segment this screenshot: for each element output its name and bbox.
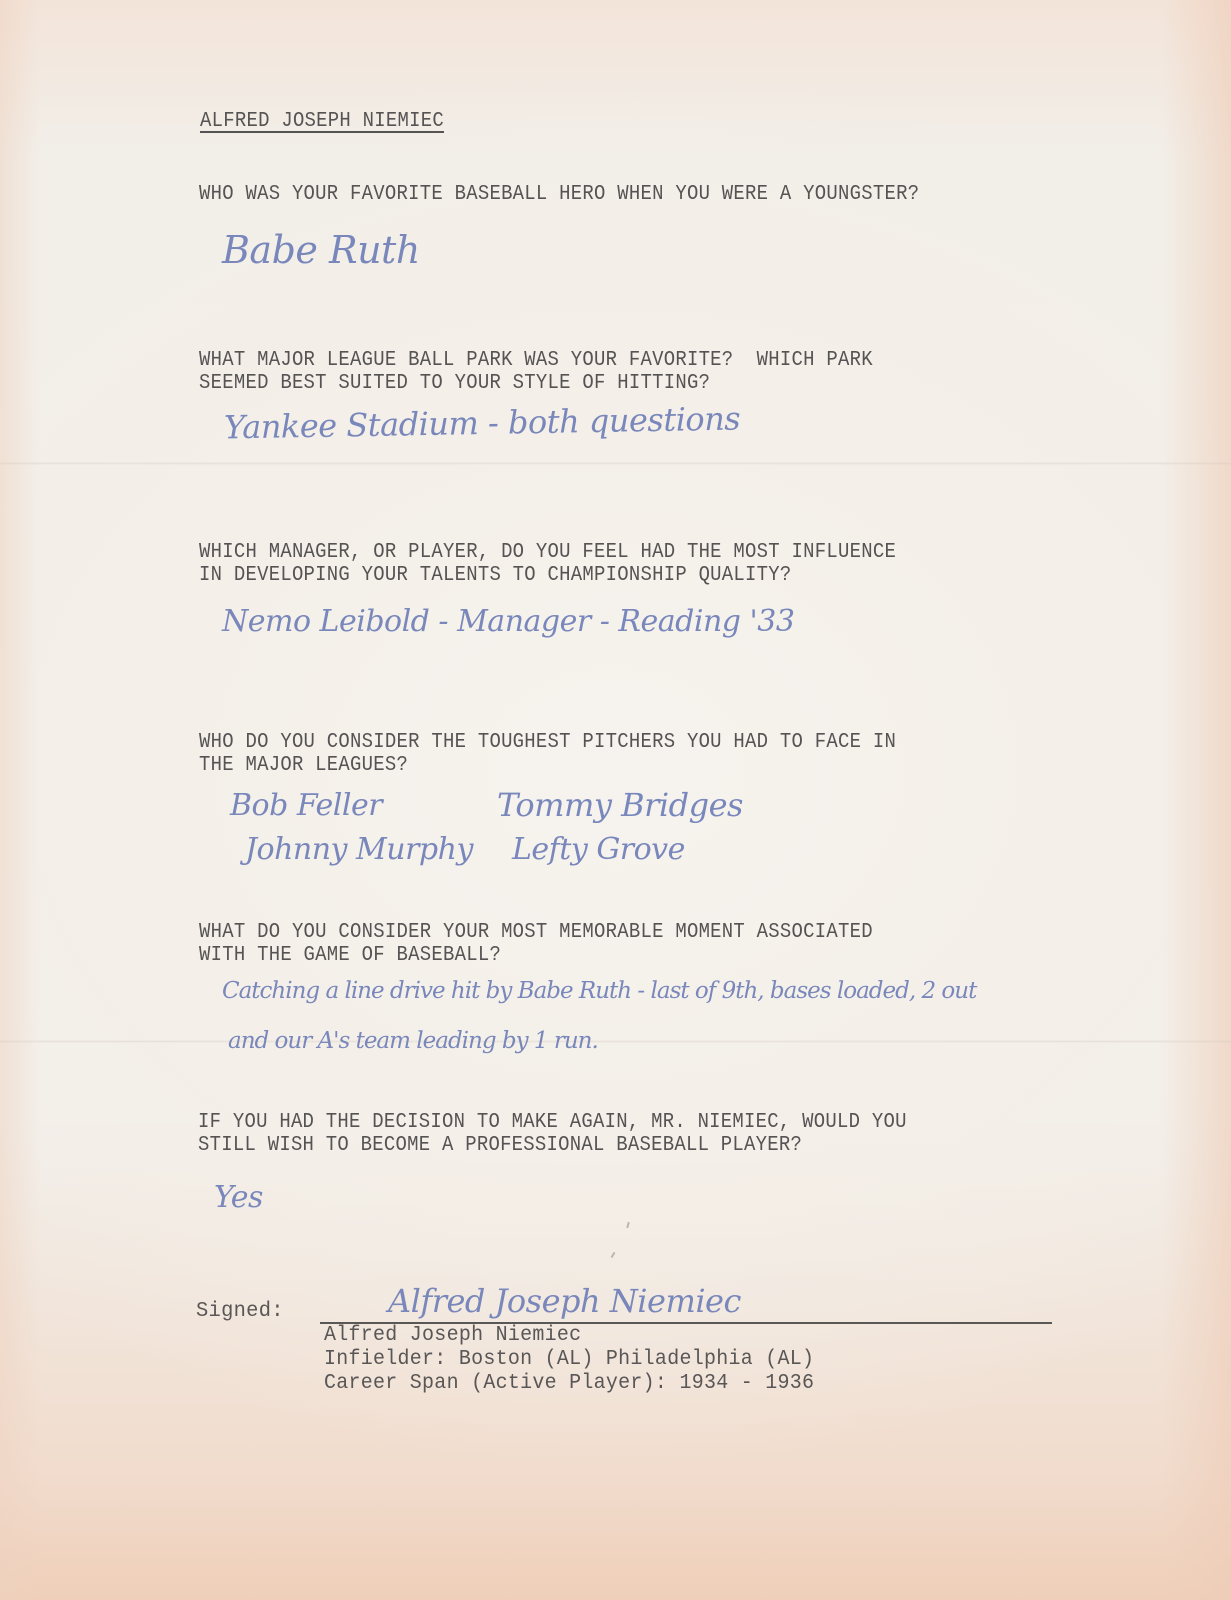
paper-fold-line [0, 462, 1231, 465]
question-text: WHAT DO YOU CONSIDER YOUR MOST MEMORABLE… [199, 921, 873, 944]
paper-speck [626, 1222, 629, 1228]
question-text: WITH THE GAME OF BASEBALL? [199, 944, 501, 967]
question-text: WHO DO YOU CONSIDER THE TOUGHEST PITCHER… [199, 731, 896, 754]
question-text: WHAT MAJOR LEAGUE BALL PARK WAS YOUR FAV… [199, 349, 873, 372]
signed-label: Signed: [196, 1299, 284, 1323]
document-title: ALFRED JOSEPH NIEMIEC [200, 110, 444, 133]
question-text: STILL WISH TO BECOME A PROFESSIONAL BASE… [198, 1134, 802, 1157]
handwritten-answer: Bob Feller [230, 788, 382, 823]
handwritten-answer: Catching a line drive hit by Babe Ruth -… [222, 978, 976, 1004]
typed-name: Alfred Joseph Niemiec [324, 1324, 581, 1348]
handwritten-answer: and our A's team leading by 1 run. [228, 1028, 598, 1054]
paper-edge-left [0, 0, 40, 1600]
question-text: SEEMED BEST SUITED TO YOUR STYLE OF HITT… [199, 372, 710, 395]
question-text: IN DEVELOPING YOUR TALENTS TO CHAMPIONSH… [199, 564, 792, 587]
handwritten-answer: Nemo Leibold - Manager - Reading '33 [222, 604, 794, 639]
question-text: WHICH MANAGER, OR PLAYER, DO YOU FEEL HA… [199, 541, 896, 564]
player-position: Infielder: Boston (AL) Philadelphia (AL) [324, 1348, 814, 1372]
handwritten-answer: Yankee Stadium - both questions [224, 399, 741, 446]
handwritten-answer: Tommy Bridges [497, 786, 743, 824]
question-text: WHO WAS YOUR FAVORITE BASEBALL HERO WHEN… [199, 183, 919, 206]
handwritten-answer: Babe Ruth [222, 228, 420, 272]
career-span: Career Span (Active Player): 1934 - 1936 [324, 1372, 814, 1396]
question-text: IF YOU HAD THE DECISION TO MAKE AGAIN, M… [198, 1111, 907, 1134]
handwritten-answer: Lefty Grove [512, 832, 685, 867]
paper-edge-right [1161, 0, 1231, 1600]
question-text: THE MAJOR LEAGUES? [199, 754, 408, 777]
paper-fold-line [0, 1040, 1231, 1043]
paper-speck [611, 1252, 616, 1258]
handwritten-signature: Alfred Joseph Niemiec [388, 1282, 741, 1320]
handwritten-answer: Yes [214, 1180, 263, 1215]
handwritten-answer: Johnny Murphy [245, 832, 473, 867]
